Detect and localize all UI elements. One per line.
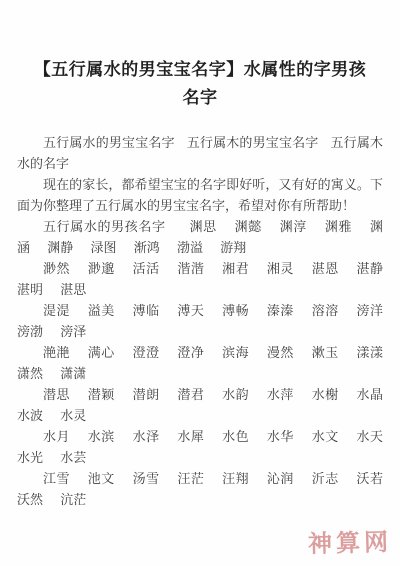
name-group-5: 潜思 潜颖 潜朗 潜君 水韵 水萍 水榭 水晶 水波 水灵	[17, 384, 383, 426]
name-group-1: 五行属水的男孩名字渊思 渊懿 渊淳 渊雅 渊涵 渊静 渌图 渐鸿 渤溢 游翔	[17, 216, 383, 258]
name-group-4: 滟滟 满心 澄澄 澄净 滨海 漫然 漱玉 漾漾 潇然 潇潇	[17, 342, 383, 384]
name-group-7: 江雪 池文 汤雪 汪茫 汪翔 沁润 沂志 沃若 沃然 沆茫	[17, 468, 383, 510]
related-link-water-boy-names: 五行属水的男宝宝名字	[43, 135, 175, 150]
name-list-label: 五行属水的男孩名字	[43, 219, 166, 234]
watermark-logo: 神算网	[308, 522, 393, 559]
related-links-row: 五行属水的男宝宝名字五行属木的男宝宝名字五行属木水的名字	[17, 132, 383, 174]
name-group-6: 水月 水滨 水泽 水犀 水色 水华 水文 水天 水光 水芸	[17, 426, 383, 468]
page-title: 【五行属水的男宝宝名字】水属性的字男孩名字	[32, 56, 368, 112]
intro-paragraph: 现在的家长，都希望宝宝的名字即好听，又有好的寓义。下面为你整理了五行属水的男宝宝…	[17, 174, 383, 216]
name-group-3: 湜湜 溢美 溥临 溥天 溥畅 溱溱 溶溶 滂洋 滂渤 滂泽	[17, 300, 383, 342]
article-page: 【五行属水的男宝宝名字】水属性的字男孩名字 五行属水的男宝宝名字五行属木的男宝宝…	[0, 0, 400, 566]
name-group-2: 渺然 渺邈 活活 湝湝 湘君 湘灵 湛恩 湛静 湛明 湛思	[17, 258, 383, 300]
related-link-wood-boy-names: 五行属木的男宝宝名字	[187, 135, 319, 150]
